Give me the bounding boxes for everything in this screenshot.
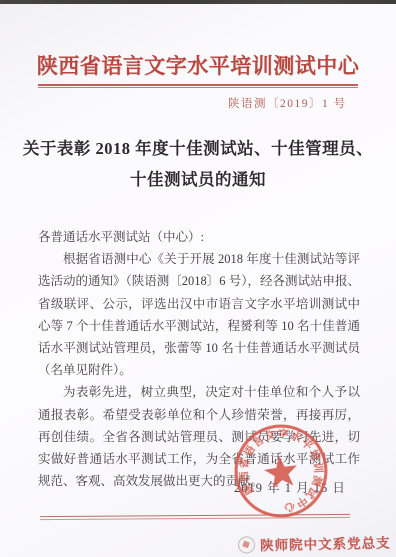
watermark-text: 陕师院中文系党总支 <box>259 531 390 554</box>
star-icon <box>262 454 299 490</box>
document-number: 陕语测〔2019〕1 号 <box>228 95 347 111</box>
notice-title-line1: 关于表彰 2018 年度十佳测试站、十佳管理员、 <box>0 133 396 164</box>
body-paragraph-1: 根据省语测中心《关于开展 2018 年度十佳测试站等评选活动的通知》（陕语测〔2… <box>38 248 360 381</box>
letterhead-org-name: 陕西省语言文字水平培训测试中心 <box>0 50 396 80</box>
letterhead-divider-thick-line <box>38 84 358 86</box>
scan-top-edge-bar <box>0 0 396 4</box>
watermark-footer: 陕师院中文系党总支 <box>237 531 390 554</box>
official-seal-stamp: 陕西省语言文字水平培训测试中心 <box>226 416 337 527</box>
salutation-line: 各普通话水平测试站（中心）: <box>38 226 360 248</box>
letterhead-divider <box>38 84 358 88</box>
notice-title-line2: 十佳测试员的通知 <box>0 164 396 195</box>
letterhead-divider-thin-line <box>38 87 358 88</box>
notice-title: 关于表彰 2018 年度十佳测试站、十佳管理员、 十佳测试员的通知 <box>0 133 396 195</box>
scanned-notice-page: 陕西省语言文字水平培训测试中心 陕语测〔2019〕1 号 关于表彰 2018 年… <box>0 0 396 557</box>
footer-logo-icon <box>237 536 254 553</box>
